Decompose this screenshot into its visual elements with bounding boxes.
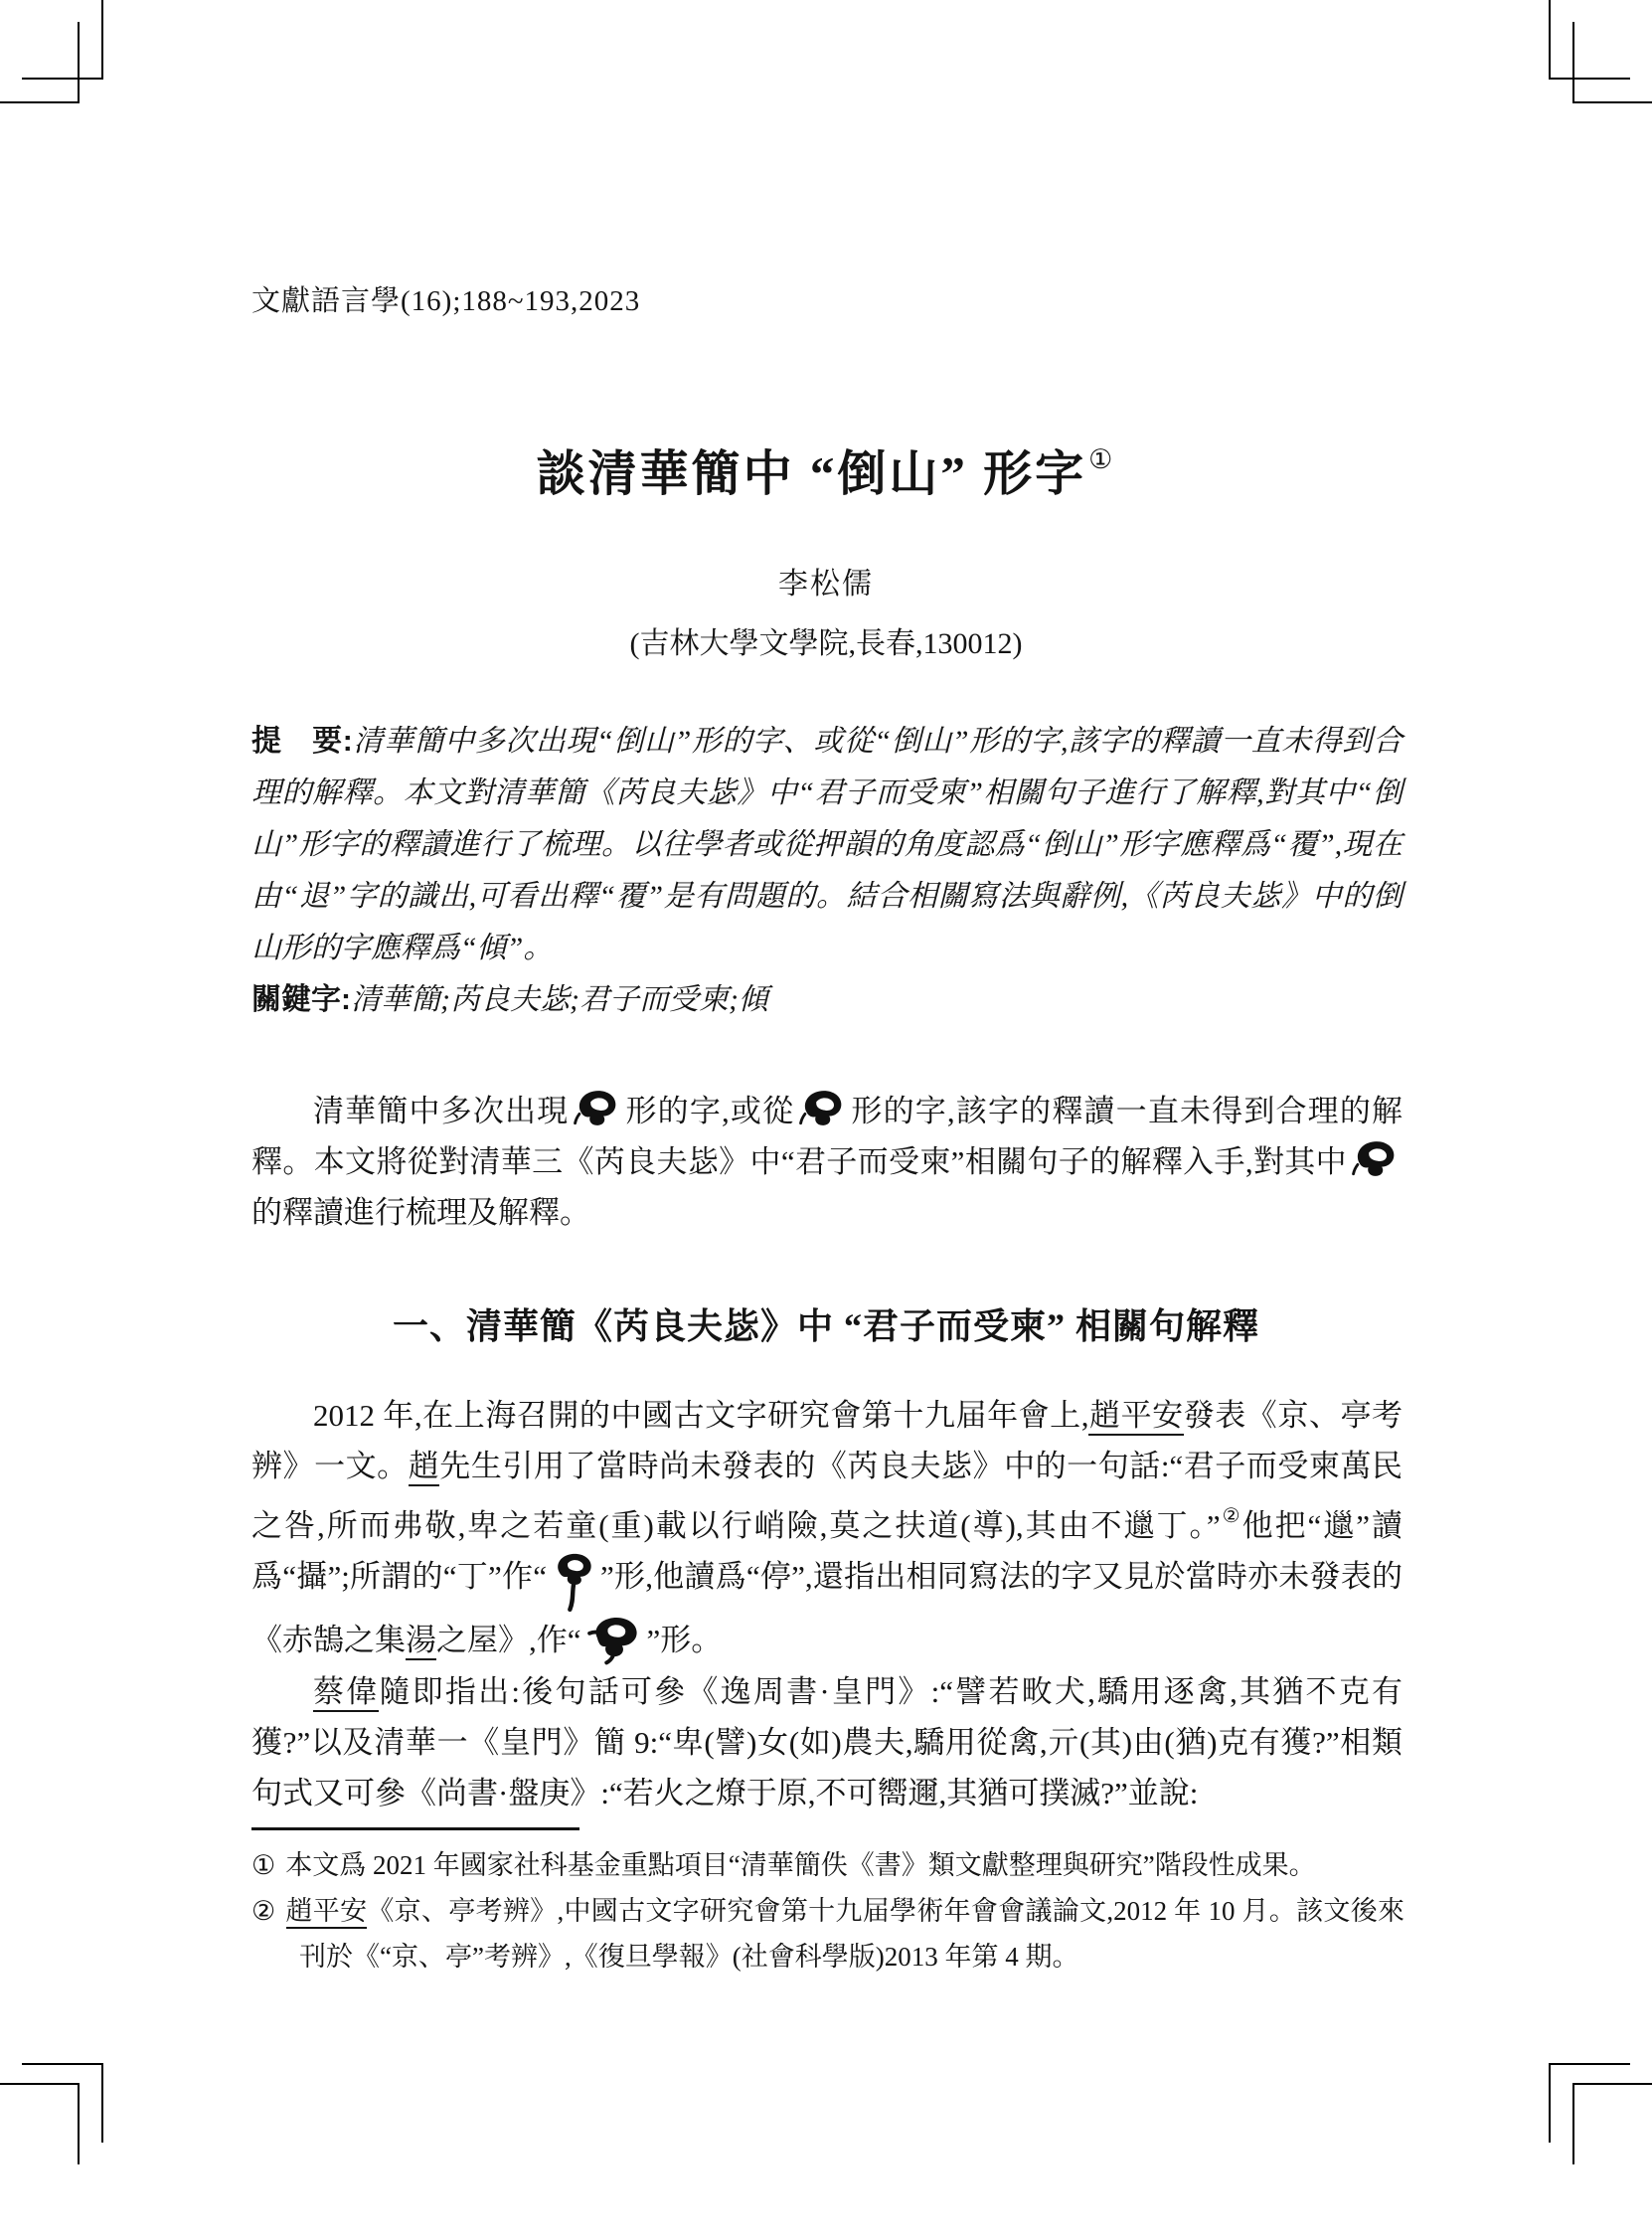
daoshan-glyph-a3-icon bbox=[1352, 1138, 1398, 1178]
section-1-heading: 一、清華簡《芮良夫毖》中 “君子而受柬” 相關句解釋 bbox=[0, 1298, 1652, 1349]
abstract-text: 清華簡中多次出現“倒山”形的字、或從“倒山”形的字,該字的釋讀一直未得到合理的解… bbox=[251, 725, 1403, 964]
person-name-zhao: 趙 bbox=[409, 1449, 440, 1486]
section-1-body: 2012 年,在上海召開的中國古文字研究會第十九届年會上,趙平安發表《京、亭考辨… bbox=[251, 1390, 1403, 1818]
daoshan-glyph-ding-icon bbox=[552, 1551, 595, 1613]
person-name-cai-wei: 蔡偉 bbox=[313, 1674, 379, 1712]
daoshan-glyph-a2-icon bbox=[799, 1088, 845, 1127]
author-name: 李松儒 bbox=[0, 559, 1652, 603]
p2-seg-6: 之屋》,作“ bbox=[436, 1623, 581, 1657]
paper-page: 文獻語言學(16);188~193,2023 談清華簡中 “倒山” 形字① 李松… bbox=[0, 0, 1652, 2239]
abstract-label: 提 要: bbox=[251, 725, 353, 758]
p3-seg-1: 隨即指出:後句話可參《逸周書·皇門》:“譬若畋犬,驕用逐禽,其猶不克有獲?”以及… bbox=[251, 1674, 1403, 1810]
crop-mark-bottom-left-inner bbox=[0, 2083, 80, 2164]
paper-title: 談清華簡中 “倒山” 形字① bbox=[0, 435, 1652, 505]
footnote-divider bbox=[251, 1827, 579, 1830]
author-affiliation: (吉林大學文學院,長春,130012) bbox=[0, 618, 1652, 662]
abstract-paragraph: 提 要:清華簡中多次出現“倒山”形的字、或從“倒山”形的字,該字的釋讀一直未得到… bbox=[251, 716, 1403, 974]
daoshan-glyph-chihu-icon bbox=[586, 1613, 642, 1666]
daoshan-glyph-a-icon bbox=[574, 1088, 619, 1127]
intro-block: 清華簡中多次出現形的字,或從形的字,該字的釋讀一直未得到合理的解釋。本文將從對清… bbox=[251, 1086, 1403, 1238]
journal-citation: 文獻語言學(16);188~193,2023 bbox=[251, 278, 640, 319]
crop-mark-bottom-right-inner bbox=[1572, 2083, 1652, 2164]
person-name-tang: 湯 bbox=[406, 1623, 436, 1660]
footnote-2: ②趙平安《京、亭考辨》,中國古文字研究會第十九届學術年會會議論文,2012 年 … bbox=[251, 1888, 1404, 1980]
paragraph-zhao: 2012 年,在上海召開的中國古文字研究會第十九届年會上,趙平安發表《京、亭考辨… bbox=[251, 1390, 1403, 1666]
footnote-ref-2: ② bbox=[1221, 1505, 1242, 1527]
p2-seg-7: ”形。 bbox=[647, 1623, 723, 1657]
keywords-label: 關鍵字: bbox=[251, 983, 351, 1016]
keywords-line: 關鍵字:清華簡;芮良夫毖;君子而受柬;傾 bbox=[251, 974, 1403, 1026]
footnote-2-marker: ② bbox=[251, 1896, 276, 1926]
footnote-area: ①本文爲 2021 年國家社科基金重點項目“清華簡佚《書》類文獻整理與研究”階段… bbox=[251, 1827, 1404, 1980]
paragraph-cai: 蔡偉隨即指出:後句話可參《逸周書·皇門》:“譬若畋犬,驕用逐禽,其猶不克有獲?”… bbox=[251, 1666, 1403, 1818]
p2-seg-1: 2012 年,在上海召開的中國古文字研究會第十九届年會上, bbox=[313, 1398, 1088, 1433]
footnote-1-marker: ① bbox=[251, 1850, 275, 1880]
intro-seg-2: 形的字,或從 bbox=[624, 1094, 794, 1128]
person-name-zhao-pingan: 趙平安 bbox=[1088, 1398, 1183, 1436]
crop-mark-top-right-inner bbox=[1572, 22, 1652, 103]
intro-seg-1: 清華簡中多次出現 bbox=[313, 1094, 569, 1128]
footnote-2-author: 趙平安 bbox=[286, 1896, 368, 1929]
paper-title-text: 談清華簡中 “倒山” 形字 bbox=[537, 446, 1087, 501]
crop-mark-top-left-inner bbox=[0, 22, 80, 103]
title-footnote-ref: ① bbox=[1088, 444, 1115, 474]
footnote-2-text: 《京、亭考辨》,中國古文字研究會第十九届學術年會會議論文,2012 年 10 月… bbox=[299, 1896, 1404, 1972]
footnote-1: ①本文爲 2021 年國家社科基金重點項目“清華簡佚《書》類文獻整理與研究”階段… bbox=[251, 1842, 1404, 1888]
keywords-text: 清華簡;芮良夫毖;君子而受柬;傾 bbox=[351, 983, 768, 1016]
footnote-1-text: 本文爲 2021 年國家社科基金重點項目“清華簡佚《書》類文獻整理與研究”階段性… bbox=[285, 1850, 1315, 1880]
abstract-section: 提 要:清華簡中多次出現“倒山”形的字、或從“倒山”形的字,該字的釋讀一直未得到… bbox=[251, 716, 1403, 1026]
intro-seg-4: 的釋讀進行梳理及解釋。 bbox=[251, 1195, 590, 1230]
intro-paragraph: 清華簡中多次出現形的字,或從形的字,該字的釋讀一直未得到合理的解釋。本文將從對清… bbox=[251, 1086, 1403, 1238]
